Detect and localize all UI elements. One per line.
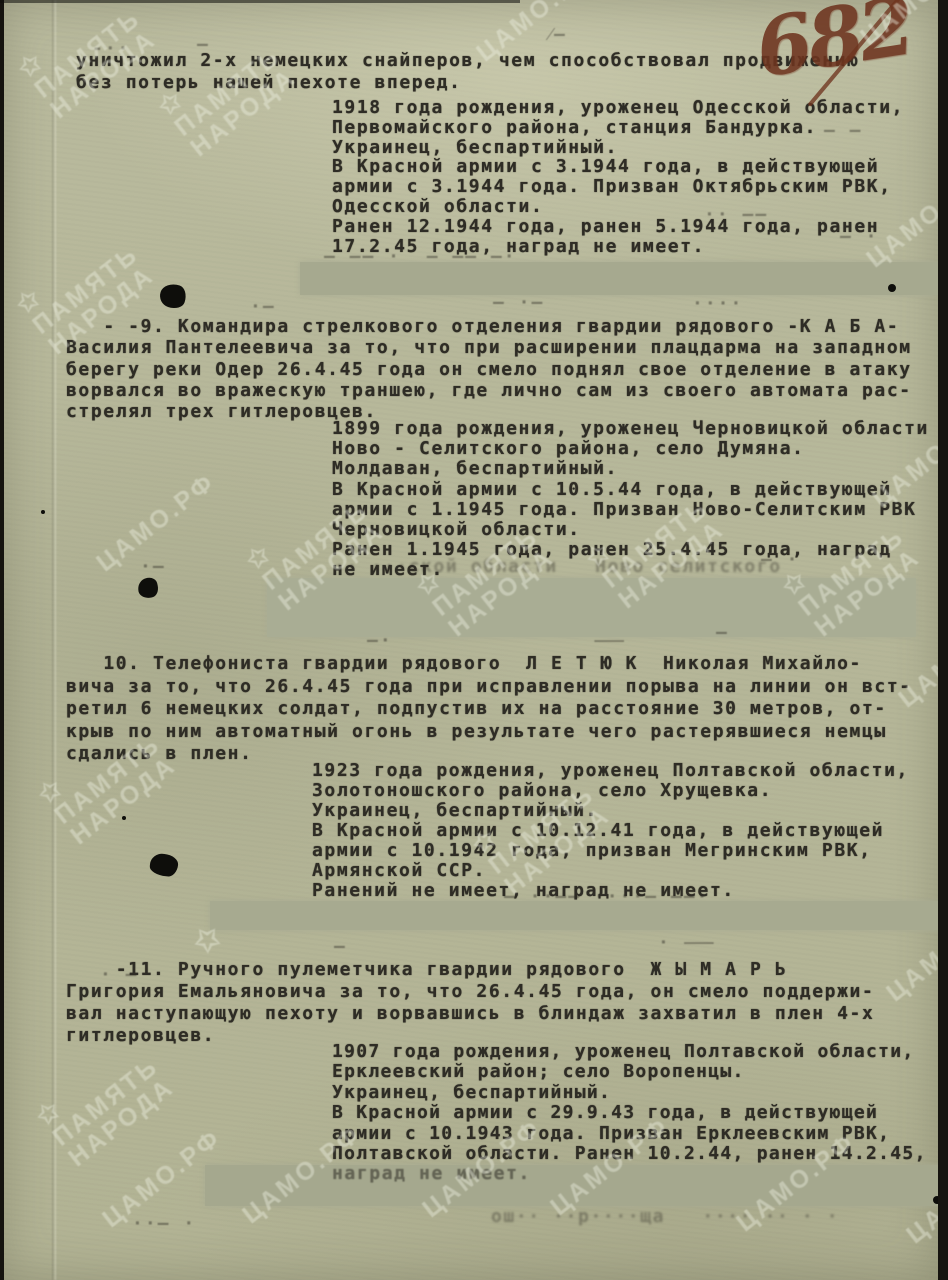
paragraph-item-11: -11. Ручного пулеметчика гвардии рядовог… <box>66 959 874 1047</box>
details-item-11-last-line: наград не имеет. <box>332 1164 531 1184</box>
smudge-mark: ·– <box>140 556 166 577</box>
ghost-line: ош·· ··р····ща ···· ·· · · <box>491 1206 839 1227</box>
smudge-mark: · ⸺ <box>658 928 716 954</box>
scan-edge <box>0 0 520 3</box>
paragraph-top-fragment: уничтожил 2-х немецких снайперов, чем сп… <box>76 50 860 94</box>
smudge-mark: – <box>716 622 729 643</box>
details-item-11: 1907 года рождения, уроженец Полтавской … <box>332 1042 927 1164</box>
smudge-mark: – <box>334 936 347 957</box>
ink-dot <box>933 1196 938 1204</box>
paper-speck <box>122 816 126 820</box>
paragraph-item-9: - -9. Командира стрелкового отделения гв… <box>66 316 912 422</box>
smudge-mark: ··– · <box>132 1213 196 1234</box>
details-top-fragment: 1918 года рождения, уроженец Одесской об… <box>332 98 904 256</box>
smudge-mark: ⸺ <box>594 626 626 652</box>
ink-blot <box>136 576 160 600</box>
ink-dot <box>888 284 896 292</box>
redaction-box <box>205 1165 938 1206</box>
handwritten-page-number: 682 <box>750 0 918 96</box>
ink-blot <box>149 853 179 878</box>
paper-speck <box>41 510 45 514</box>
details-item-9: 1899 года рождения, уроженец Черновицкой… <box>332 419 929 581</box>
fold-crease <box>52 0 57 1280</box>
details-item-10: 1923 года рождения, уроженец Полтавской … <box>312 761 909 901</box>
smudge-mark: ···· <box>692 293 743 314</box>
scanned-document: ·· ···ской области Ново селитского ош·· … <box>0 0 948 1280</box>
ink-blot <box>157 281 189 312</box>
smudge-mark: ⁄– <box>549 24 567 45</box>
document-page: ·· ···ской области Ново селитского ош·· … <box>4 0 938 1280</box>
redaction-box <box>267 578 916 637</box>
smudge-mark: – ·– <box>493 292 544 313</box>
smudge-mark: ·– <box>250 296 276 317</box>
smudge-mark: –· <box>367 630 393 651</box>
paragraph-item-10: 10. Телефониста гвардии рядового Л Е Т Ю… <box>66 653 912 766</box>
